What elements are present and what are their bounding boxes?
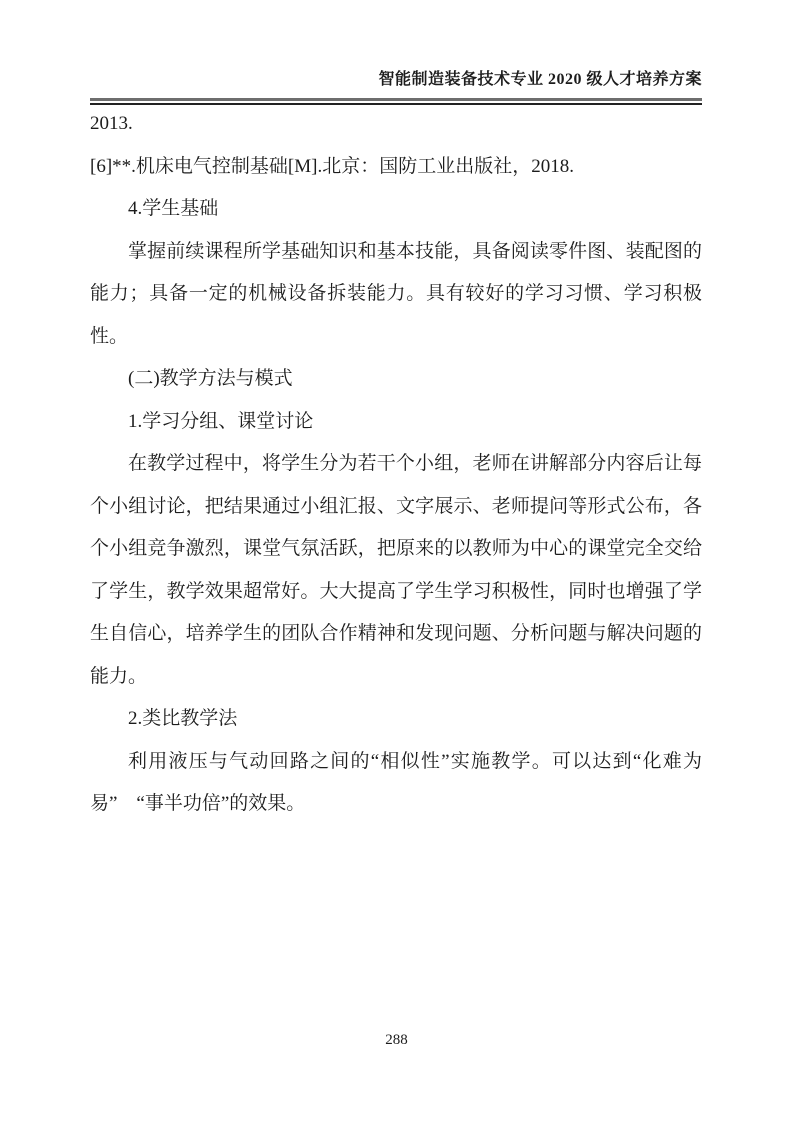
- paragraph: (二)教学方法与模式: [90, 358, 702, 401]
- document-page: 智能制造装备技术专业 2020 级人才培养方案 2013.[6]**.机床电气控…: [0, 0, 793, 1122]
- page-footer: 288: [0, 1030, 793, 1050]
- paragraph: 掌握前续课程所学基础知识和基本技能，具备阅读零件图、装配图的能力；具备一定的机械…: [90, 231, 702, 359]
- header-title: 智能制造装备技术专业 2020 级人才培养方案: [90, 70, 702, 90]
- paragraph: 2013.: [90, 103, 702, 146]
- paragraph: 2.类比教学法: [90, 698, 702, 741]
- page-header: 智能制造装备技术专业 2020 级人才培养方案: [90, 70, 702, 105]
- paragraph: 1.学习分组、课堂讨论: [90, 401, 702, 444]
- paragraph: 利用液压与气动回路之间的“相似性”实施教学。可以达到“化难为易” “事半功倍”的…: [90, 741, 702, 826]
- document-body: 2013.[6]**.机床电气控制基础[M].北京：国防工业出版社，2018.4…: [90, 103, 702, 826]
- paragraph: [6]**.机床电气控制基础[M].北京：国防工业出版社，2018.: [90, 146, 702, 189]
- page-number: 288: [385, 1032, 408, 1048]
- paragraph: 在教学过程中，将学生分为若干个小组，老师在讲解部分内容后让每个小组讨论，把结果通…: [90, 443, 702, 698]
- paragraph: 4.学生基础: [90, 188, 702, 231]
